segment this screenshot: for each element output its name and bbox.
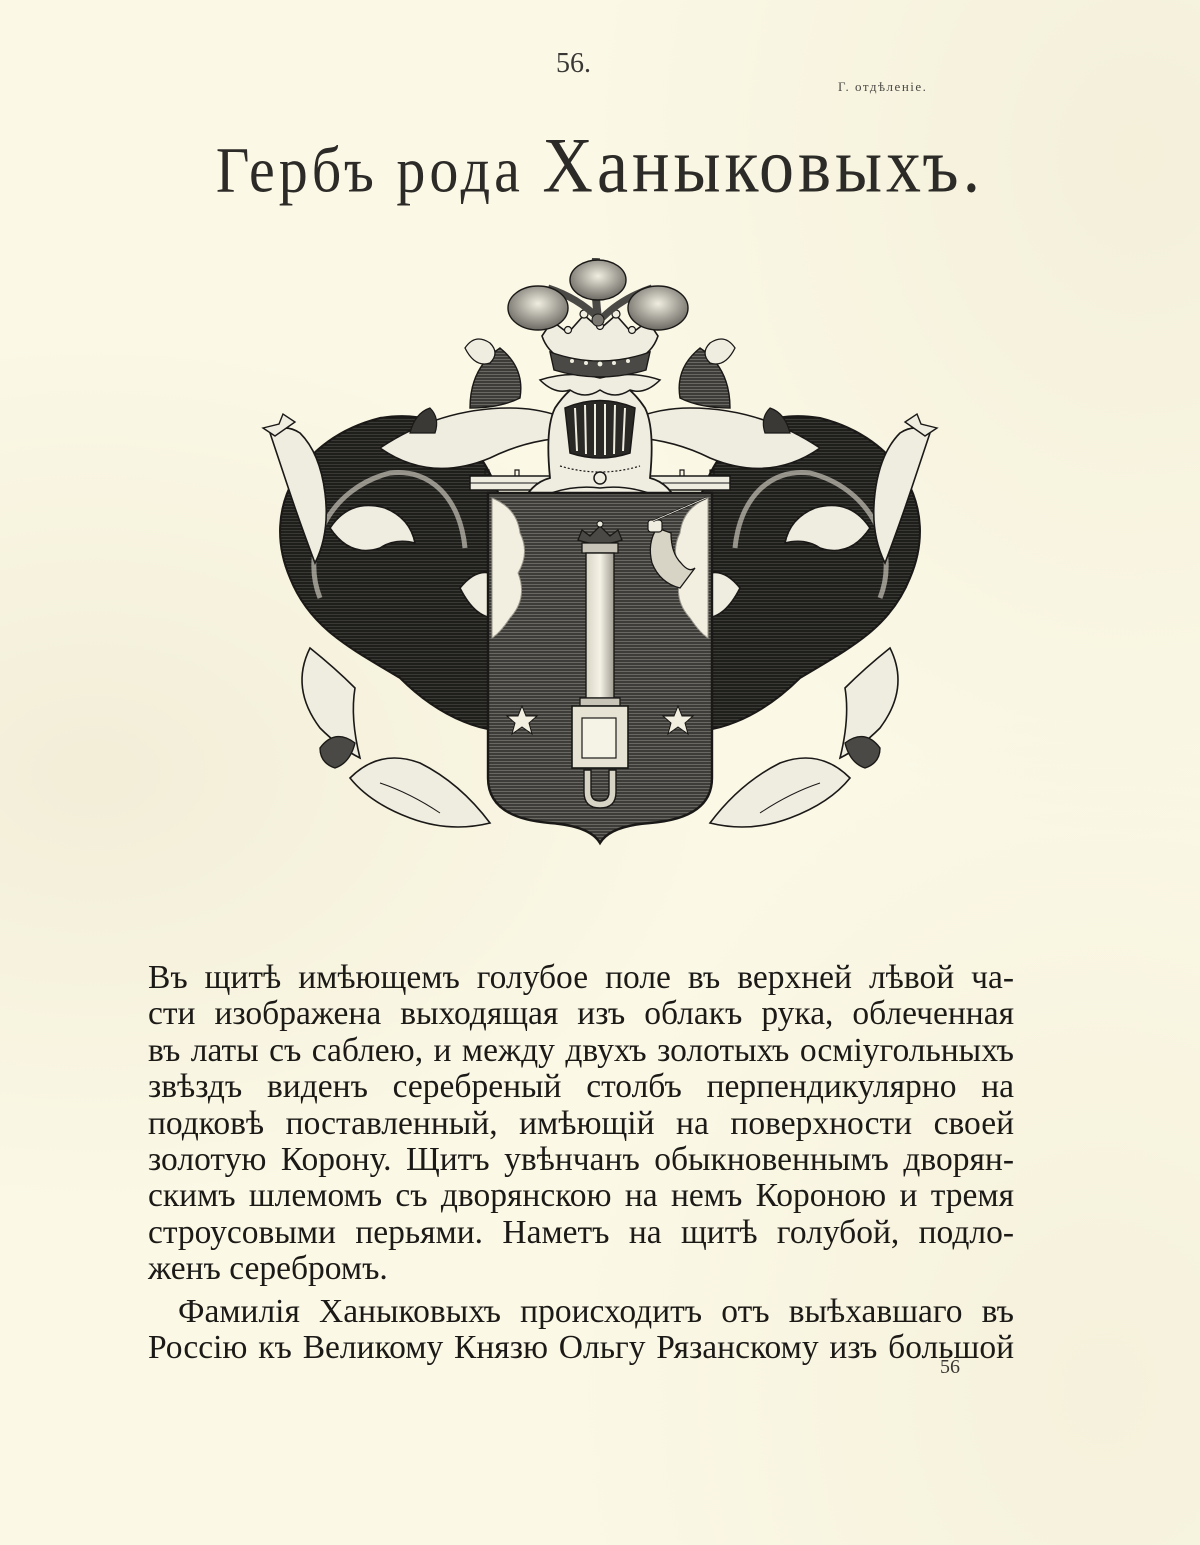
text-line: звѣздъ виденъ серебреный столбъ перпенди… bbox=[148, 1069, 1014, 1105]
title-part-1: Гербъ рода bbox=[216, 133, 543, 206]
paragraph-1: Въ щитѣ имѣющемъ голубое поле въ верхней… bbox=[148, 960, 1014, 1288]
ostrich-feathers bbox=[508, 258, 688, 330]
section-label: Г. отдѣленіе. bbox=[838, 79, 927, 95]
title-part-2: Ханыковыхъ. bbox=[542, 123, 984, 209]
body-text: Въ щитѣ имѣющемъ голубое поле въ верхней… bbox=[148, 960, 1014, 1366]
text-line: Фамилія Ханыковыхъ происходитъ отъ выѣха… bbox=[148, 1294, 1014, 1330]
page-title: Гербъ рода Ханыковыхъ. bbox=[0, 122, 1200, 212]
page-number-top: 56. bbox=[556, 48, 591, 80]
text-line: золотую Корону. Щитъ увѣнчанъ обыкновенн… bbox=[148, 1142, 1014, 1178]
text-line: женъ серебромъ. bbox=[148, 1251, 1014, 1287]
knight-helmet bbox=[520, 378, 680, 508]
text-line: въ латы съ саблею, и между двухъ золотых… bbox=[148, 1033, 1014, 1069]
text-line: сти изображена выходящая изъ облакъ рука… bbox=[148, 996, 1014, 1032]
paragraph-2: Фамилія Ханыковыхъ происходитъ отъ выѣха… bbox=[148, 1294, 1014, 1367]
text-line: подковѣ поставленный, имѣющій на поверхн… bbox=[148, 1106, 1014, 1142]
shield bbox=[488, 493, 712, 843]
text-line: скимъ шлемомъ съ дворянскою на немъ Коро… bbox=[148, 1178, 1014, 1214]
text-line: Въ щитѣ имѣющемъ голубое поле въ верхней… bbox=[148, 960, 1014, 996]
page-number-bottom: 56 bbox=[940, 1356, 960, 1379]
text-line: Россію къ Великому Князю Ольгу Рязанском… bbox=[148, 1330, 1014, 1366]
text-line: строусовыми перьями. Наметъ на щитѣ голу… bbox=[148, 1215, 1014, 1251]
coat-of-arms-illustration bbox=[260, 258, 940, 848]
